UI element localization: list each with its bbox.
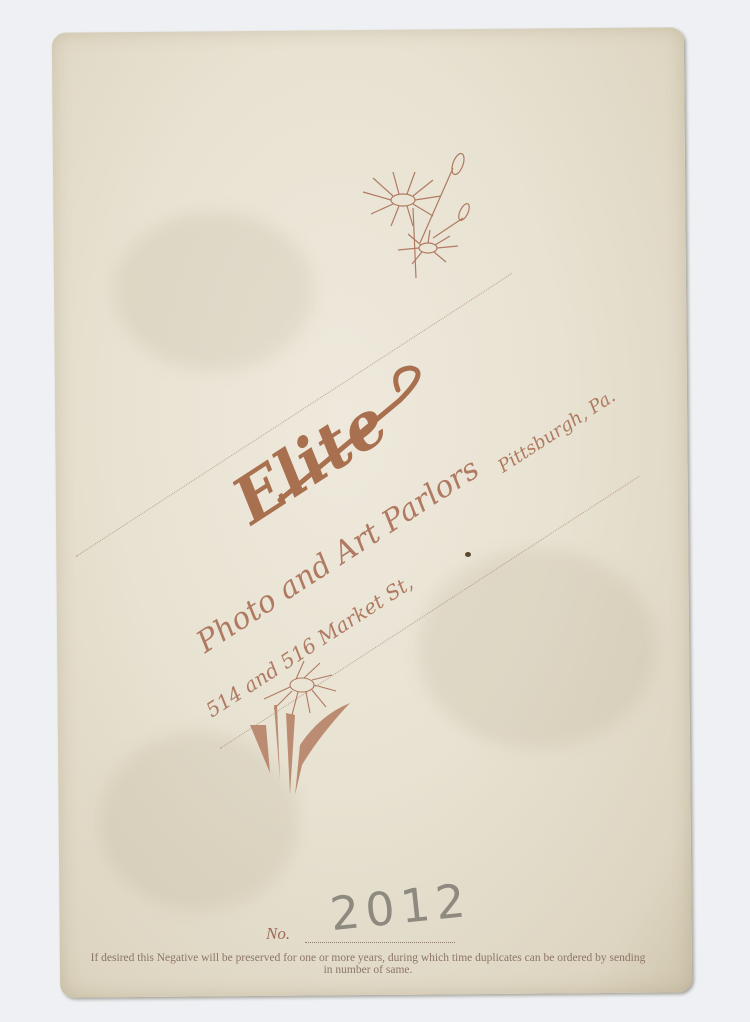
- number-dotted-line: [305, 942, 455, 943]
- daisy-with-leaves-icon: [240, 655, 360, 805]
- number-label: No.: [266, 924, 290, 944]
- brand-underline-flourish: [270, 360, 430, 510]
- daisy-flowers-icon: [358, 148, 478, 283]
- ink-speck: [465, 552, 471, 557]
- paper-stain: [416, 548, 658, 750]
- paper-stain: [113, 211, 314, 373]
- footer-note: If desired this Negative will be preserv…: [88, 952, 648, 976]
